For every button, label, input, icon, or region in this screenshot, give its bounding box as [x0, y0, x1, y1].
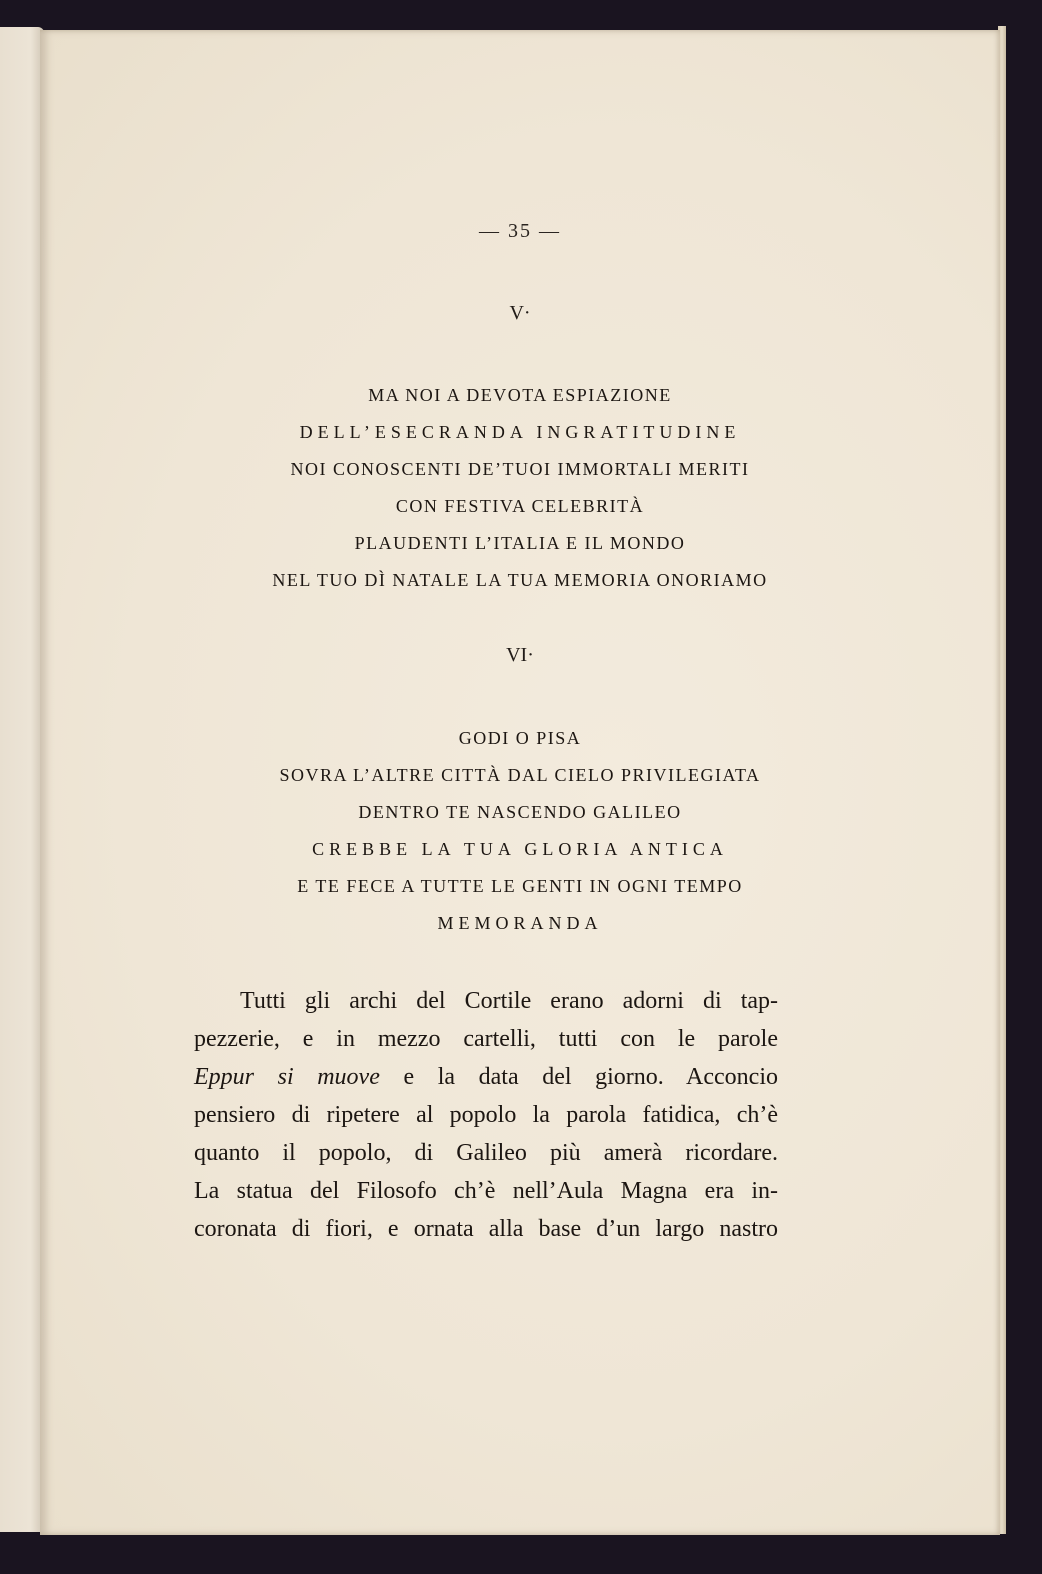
- paragraph-line: coronata di fiori, e ornata alla base d’…: [194, 1210, 778, 1248]
- paragraph-line: pensiero di ripetere al popolo la parola…: [194, 1096, 778, 1134]
- inscription-v: MA NOI A DEVOTA ESPIAZIONE DELL’ESECRAND…: [40, 377, 1000, 599]
- section-numeral-vi: VI·: [40, 644, 1000, 667]
- inscription-line: MA NOI A DEVOTA ESPIAZIONE: [40, 377, 1000, 414]
- inscription-line: E TE FECE A TUTTE LE GENTI IN OGNI TEMPO: [40, 868, 1000, 905]
- paragraph-line: pezzerie, e in mezzo cartelli, tutti con…: [194, 1020, 778, 1058]
- facing-page-edge: [0, 27, 44, 1532]
- paragraph-line: Eppur si muove e la data del giorno. Acc…: [194, 1058, 778, 1096]
- body-paragraph: Tutti gli archi del Cortile erano adorni…: [194, 982, 778, 1248]
- italic-motto: Eppur si muove: [194, 1064, 380, 1090]
- paragraph-line: La statua del Filosofo ch’è nell’Aula Ma…: [194, 1172, 778, 1210]
- inscription-line: DENTRO TE NASCENDO GALILEO: [40, 794, 1000, 831]
- inscription-line: CON FESTIVA CELEBRITÀ: [40, 488, 1000, 525]
- inscription-line: PLAUDENTI L’ITALIA E IL MONDO: [40, 525, 1000, 562]
- inscription-line: NOI CONOSCENTI DE’TUOI IMMORTALI MERITI: [40, 451, 1000, 488]
- inscription-line: GODI O PISA: [40, 720, 1000, 757]
- inscription-vi: GODI O PISA SOVRA L’ALTRE CITTÀ DAL CIEL…: [40, 720, 1000, 942]
- inscription-line: NEL TUO DÌ NATALE LA TUA MEMORIA ONORIAM…: [40, 562, 1000, 599]
- page-number: — 35 —: [40, 220, 1000, 243]
- paragraph-line: quanto il popolo, di Galileo più amerà r…: [194, 1134, 778, 1172]
- section-numeral-v: V·: [40, 302, 1000, 325]
- inscription-line: MEMORANDA: [40, 905, 1000, 942]
- inscription-line: DELL’ESECRANDA INGRATITUDINE: [40, 414, 1000, 451]
- paragraph-line: Tutti gli archi del Cortile erano adorni…: [194, 982, 778, 1020]
- inscription-line: CREBBE LA TUA GLORIA ANTICA: [40, 831, 1000, 868]
- book-page: — 35 — V· MA NOI A DEVOTA ESPIAZIONE DEL…: [40, 30, 1000, 1535]
- inscription-line: SOVRA L’ALTRE CITTÀ DAL CIELO PRIVILEGIA…: [40, 757, 1000, 794]
